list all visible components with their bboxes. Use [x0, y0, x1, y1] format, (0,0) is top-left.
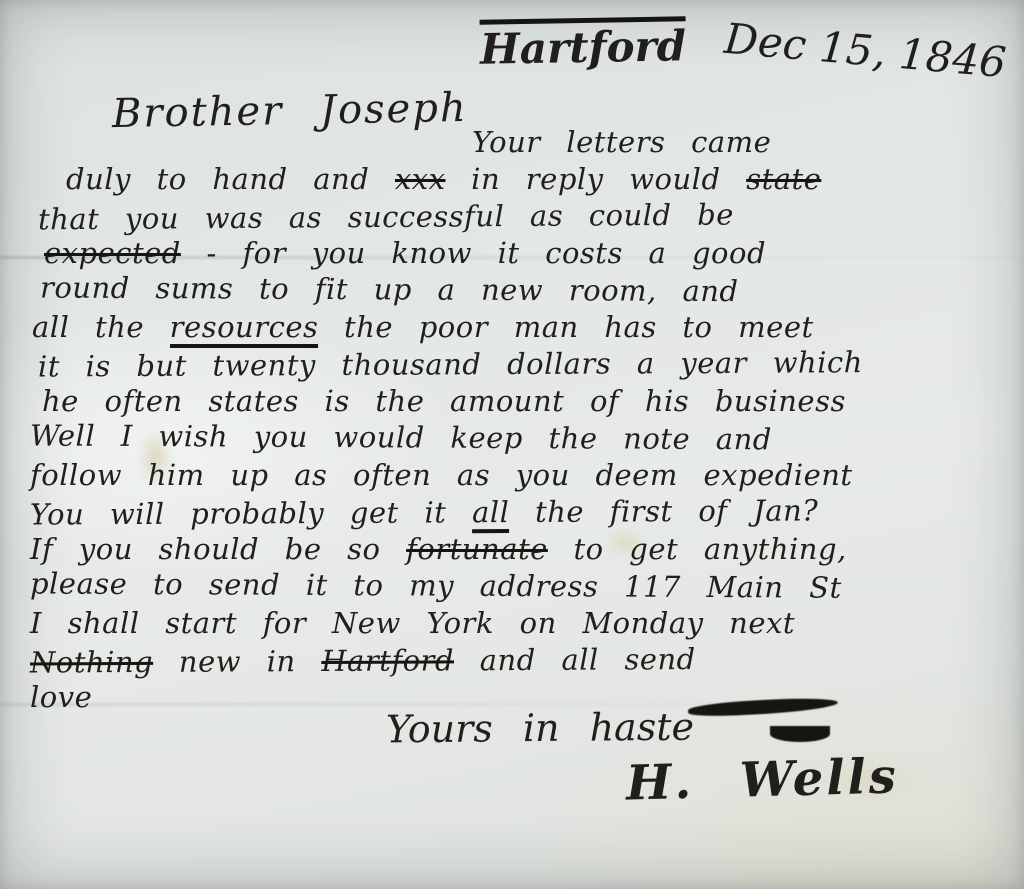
letter-line: You will probably get it all the first o…: [30, 491, 1008, 533]
letter-line: that you was as successful as could be: [30, 195, 1008, 239]
letter-line: expected - for you know it costs a good: [30, 235, 1008, 272]
letter-word-underline: all: [472, 495, 510, 533]
letter-text: I shall start for New York on Monday nex…: [30, 606, 795, 640]
letter-line: Your letters came: [30, 124, 1008, 161]
letter-line: he often states is the amount of his bus…: [30, 383, 1008, 420]
letter-text: - for you know it costs a good: [181, 236, 766, 270]
letter-line: If you should be so fortunate to get any…: [30, 531, 1008, 568]
letter-text: Well I wish you would keep the note and: [30, 418, 772, 456]
letter-text: Your letters came: [472, 125, 771, 159]
letter-line: follow him up as often as you deem exped…: [30, 457, 1008, 494]
dateline: Hartford Dec 15, 1846: [480, 18, 1006, 75]
letter-text: new in: [153, 644, 321, 679]
letter-body: Your letters cameduly to hand and xxx in…: [30, 124, 1008, 716]
letter-word-underline: resources: [170, 310, 319, 348]
letter-text: it is but twenty thousand dollars a year…: [38, 345, 863, 383]
letter-text: all the: [32, 310, 170, 344]
letter-text: please to send it to my address 117 Main…: [30, 566, 842, 604]
letter-text: If you should be so: [30, 532, 406, 566]
letter-word-strike: fortunate: [406, 532, 548, 566]
letter-line: duly to hand and xxx in reply would stat…: [30, 161, 1008, 198]
letter-word-strike: Hartford: [321, 643, 454, 678]
letter-photo: Hartford Dec 15, 1846 Brother Joseph You…: [0, 0, 1024, 889]
letter-line: round sums to fit up a new room, and: [30, 269, 1008, 311]
letter-text: in reply would: [446, 162, 747, 196]
letter-line: please to send it to my address 117 Main…: [30, 565, 1008, 607]
letter-text: and all send: [454, 642, 696, 677]
letter-line: Nothing new in Hartford and all send: [30, 639, 1008, 681]
letter-text: follow him up as often as you deem exped…: [30, 458, 853, 492]
letter-text: the poor man has to meet: [318, 310, 813, 344]
letter-text: love: [30, 680, 92, 714]
letter-text: he often states is the amount of his bus…: [42, 384, 846, 418]
letter-word-strike: expected: [44, 236, 181, 270]
letter-word-strike: xxx: [395, 162, 446, 196]
letter-word-strike: state: [746, 162, 821, 196]
letter-line: all the resources the poor man has to me…: [30, 309, 1008, 346]
letter-text: to get anything,: [548, 532, 847, 566]
dateline-place: Hartford: [479, 16, 686, 74]
letter-text: round sums to fit up a new room, and: [40, 270, 739, 308]
dateline-date: Dec 15, 1846: [722, 14, 1008, 87]
letter-line: it is but twenty thousand dollars a year…: [30, 343, 1008, 385]
letter-text: duly to hand and: [66, 162, 395, 196]
letter-text: that you was as successful as could be: [38, 198, 734, 237]
signature: H. Wells: [625, 748, 899, 811]
letter-word-strike: Nothing: [30, 645, 153, 680]
letter-line: Well I wish you would keep the note and: [30, 417, 1008, 459]
ink-blot: [770, 726, 830, 742]
letter-text: the first of Jan?: [509, 493, 818, 529]
letter-line: I shall start for New York on Monday nex…: [30, 605, 1008, 642]
letter-text: You will probably get it: [30, 495, 472, 531]
closing-line: Yours in haste: [386, 705, 694, 752]
